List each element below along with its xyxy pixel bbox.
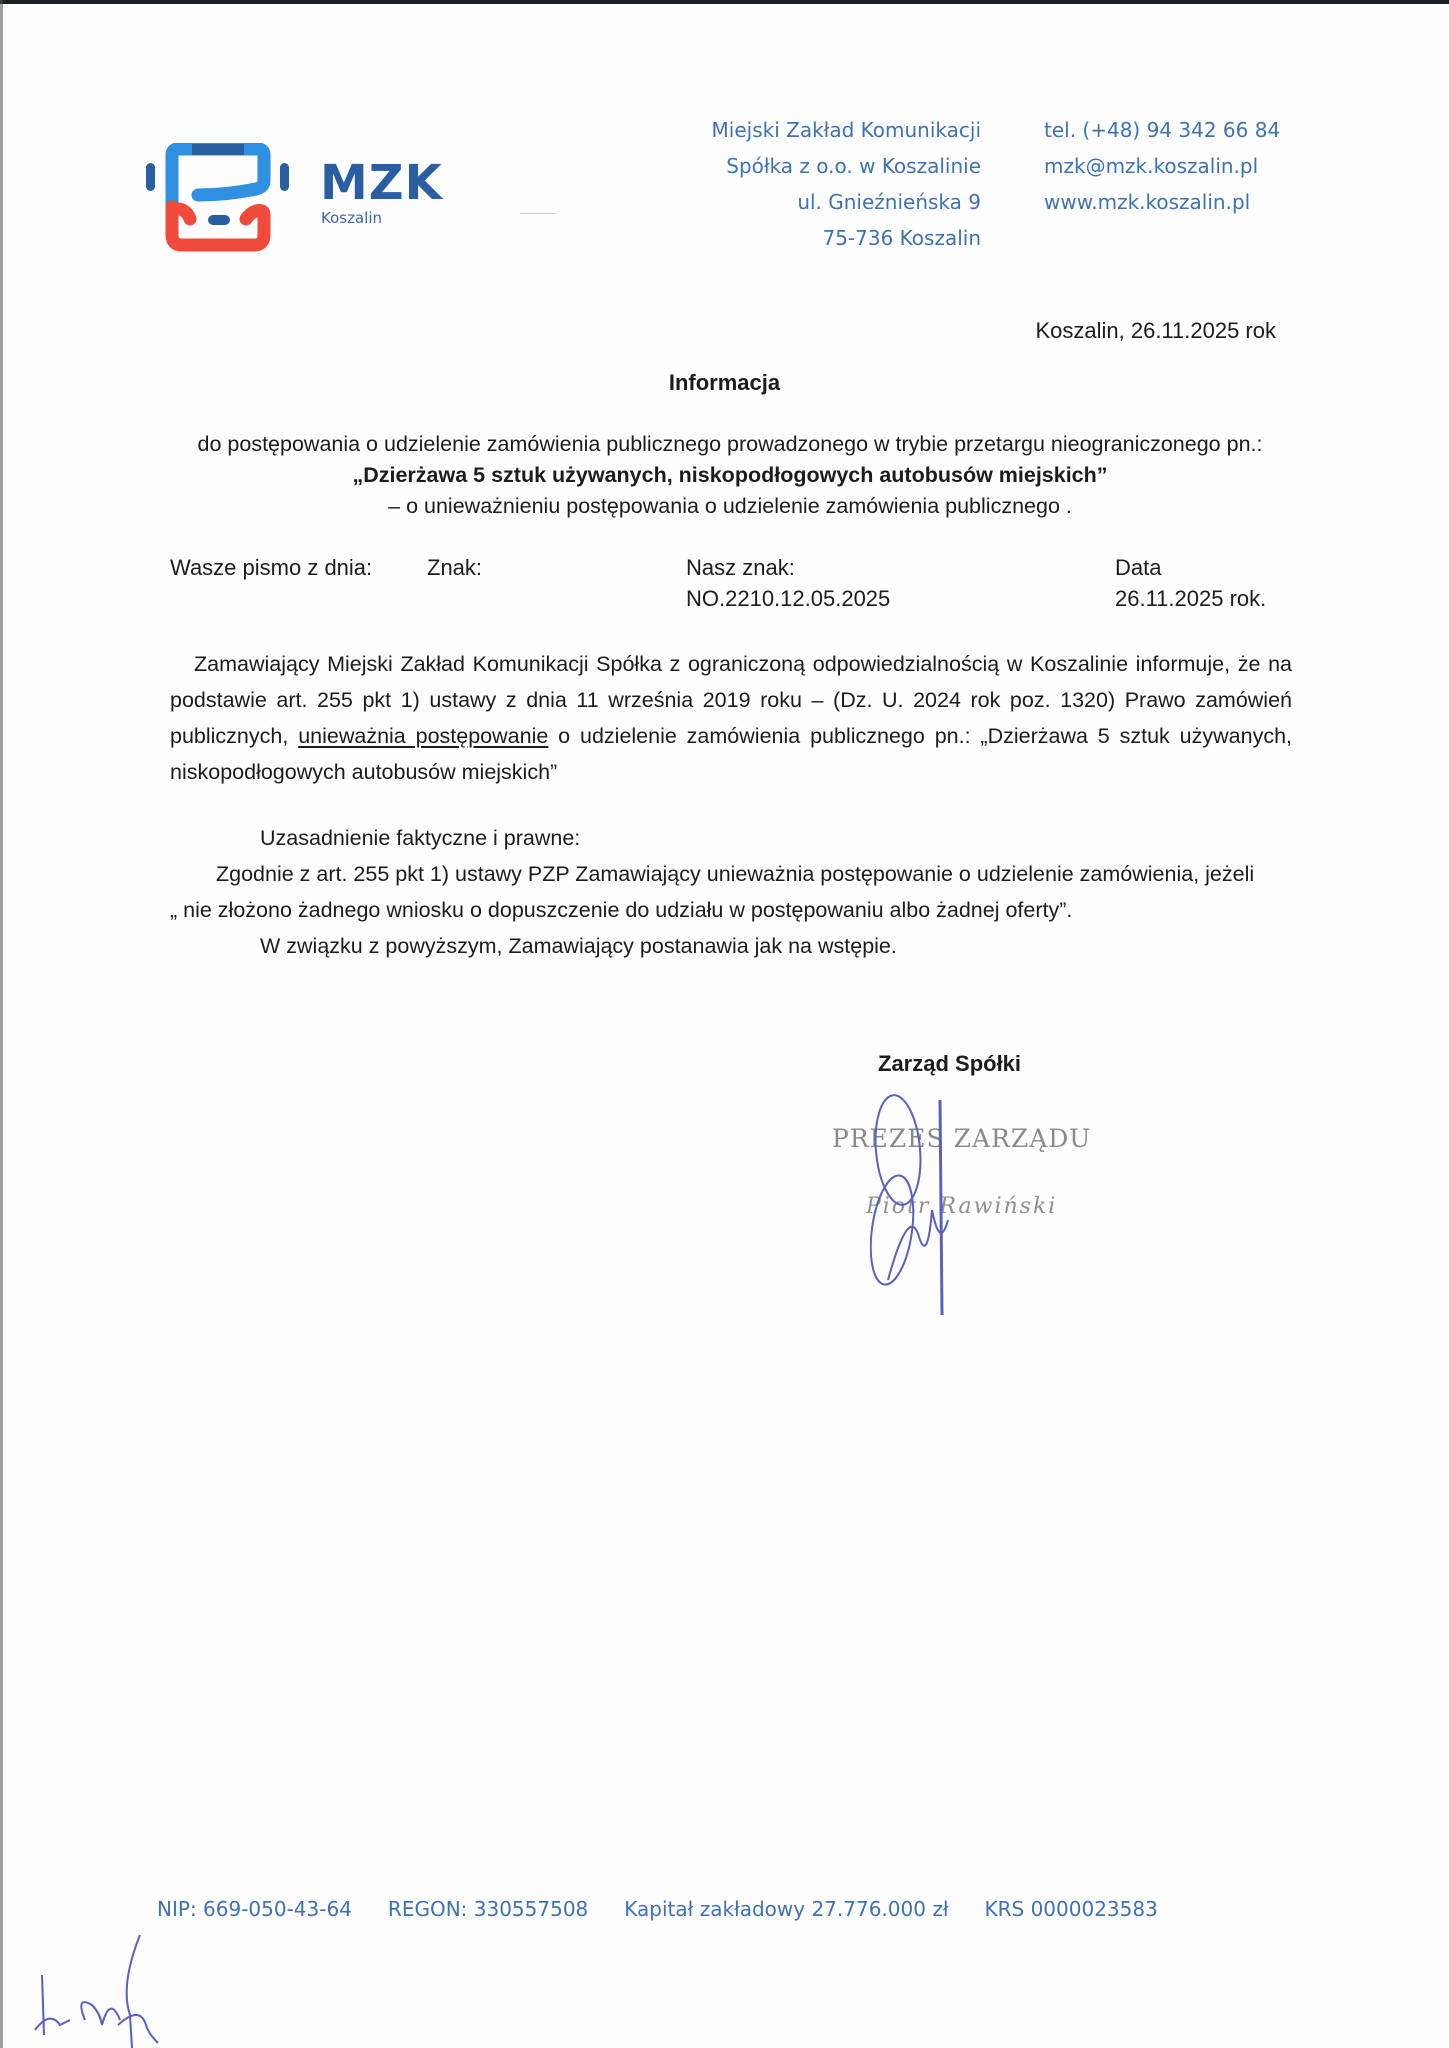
address-line: Miejski Zakład Komunikacji — [712, 112, 981, 148]
justification-text: Zgodnie z art. 255 pkt 1) ustawy PZP Zam… — [216, 862, 1254, 887]
place-and-date: Koszalin, 26.11.2025 rok — [1035, 318, 1276, 344]
nip: NIP: 669-050-43-64 — [157, 1897, 352, 1921]
scan-edge-left — [0, 0, 3, 2048]
address-line: ul. Gnieźnieńska 9 — [712, 184, 981, 220]
share-capital: Kapitał zakładowy 27.776.000 zł — [624, 1897, 948, 1921]
regon: REGON: 330557508 — [388, 1897, 588, 1921]
logo-city: Koszalin — [321, 209, 382, 227]
bus-front-icon — [146, 143, 306, 253]
krs: KRS 0000023583 — [985, 1897, 1158, 1921]
initials-icon — [30, 1925, 160, 2048]
company-address: Miejski Zakład Komunikacji Spółka z o.o.… — [712, 112, 981, 256]
underlined-decision: unieważnia postępowanie — [298, 724, 548, 748]
phone: tel. (+48) 94 342 66 84 — [1044, 112, 1280, 148]
your-letter-label: Wasze pismo z dnia: — [170, 552, 372, 583]
subject-line: do postępowania o udzielenie zamówienia … — [140, 429, 1320, 460]
document-heading: Informacja — [0, 370, 1449, 396]
signature-icon — [870, 1090, 990, 1320]
decorative-line — [520, 213, 555, 214]
logo-wordmark: MZK — [320, 155, 443, 211]
justification-title: Uzasadnienie faktyczne i prawne: — [260, 826, 580, 851]
tender-title: „Dzierżawa 5 sztuk używanych, niskopodło… — [140, 460, 1320, 491]
address-line: Spółka z o.o. w Koszalinie — [712, 148, 981, 184]
main-paragraph: Zamawiający Miejski Zakład Komunikacji S… — [170, 646, 1292, 790]
date-value: 26.11.2025 rok. — [1115, 583, 1266, 614]
subject-line: – o unieważnieniu postępowania o udziele… — [140, 491, 1320, 522]
our-sign: Nasz znak: NO.2210.12.05.2025 — [686, 552, 890, 614]
justification-text: „ nie złożono żadnego wniosku o dopuszcz… — [170, 898, 1072, 923]
date-ref: Data 26.11.2025 rok. — [1115, 552, 1266, 614]
email-link[interactable]: mzk@mzk.koszalin.pl — [1044, 148, 1280, 184]
board-label: Zarząd Spółki — [878, 1051, 1021, 1077]
our-sign-value: NO.2210.12.05.2025 — [686, 583, 890, 614]
subject: do postępowania o udzielenie zamówienia … — [140, 429, 1320, 522]
company-contact: tel. (+48) 94 342 66 84 mzk@mzk.koszalin… — [1044, 112, 1280, 220]
date-label: Data — [1115, 552, 1266, 583]
justification-text: W związku z powyższym, Zamawiający posta… — [260, 934, 897, 959]
scan-edge-top — [0, 0, 1449, 4]
our-sign-label: Nasz znak: — [686, 552, 890, 583]
website-link[interactable]: www.mzk.koszalin.pl — [1044, 184, 1280, 220]
company-registry-footer: NIP: 669-050-43-64REGON: 330557508Kapita… — [157, 1897, 1194, 1921]
sign-label: Znak: — [427, 552, 482, 583]
address-line: 75-736 Koszalin — [712, 220, 981, 256]
